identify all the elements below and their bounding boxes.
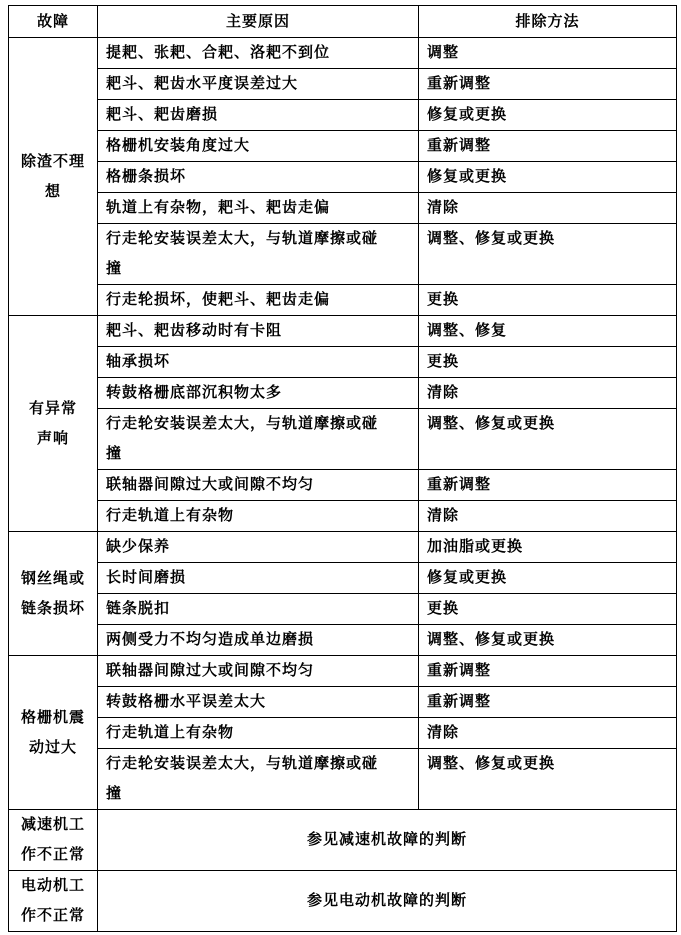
- cause-cell: 耙斗、耙齿移动时有卡阻: [98, 316, 419, 347]
- method-cell: 调整、修复或更换: [419, 224, 677, 285]
- table-row: 行走轮安装误差太大，与轨道摩擦或碰 撞调整、修复或更换: [9, 409, 677, 470]
- cause-cell: 轴承损坏: [98, 347, 419, 378]
- table-row: 行走轨道上有杂物清除: [9, 718, 677, 749]
- method-cell: 重新调整: [419, 656, 677, 687]
- cause-cell: 轨道上有杂物，耙斗、耙齿走偏: [98, 193, 419, 224]
- cause-cell: 长时间磨损: [98, 563, 419, 594]
- cause-cell: 联轴器间隙过大或间隙不均匀: [98, 656, 419, 687]
- method-cell: 更换: [419, 594, 677, 625]
- fault-table: 故障 主要原因 排除方法 除渣不理 想提耙、张耙、合耙、洛耙不到位调整耙斗、耙齿…: [8, 5, 677, 932]
- fault-cell: 除渣不理 想: [9, 38, 98, 316]
- cause-cell: 行走轮安装误差太大，与轨道摩擦或碰 撞: [98, 749, 419, 810]
- table-row: 转鼓格栅底部沉积物太多清除: [9, 378, 677, 409]
- method-cell: 加油脂或更换: [419, 532, 677, 563]
- table-row: 耙斗、耙齿磨损修复或更换: [9, 100, 677, 131]
- method-cell: 调整、修复或更换: [419, 625, 677, 656]
- fault-cell: 钢丝绳或 链条损坏: [9, 532, 98, 656]
- cause-cell: 缺少保养: [98, 532, 419, 563]
- cause-cell: 提耙、张耙、合耙、洛耙不到位: [98, 38, 419, 69]
- method-cell: 清除: [419, 718, 677, 749]
- method-cell: 清除: [419, 193, 677, 224]
- cause-cell: 两侧受力不均匀造成单边磨损: [98, 625, 419, 656]
- method-cell: 修复或更换: [419, 563, 677, 594]
- table-row: 行走轮损坏，使耙斗、耙齿走偏更换: [9, 285, 677, 316]
- table-row: 轨道上有杂物，耙斗、耙齿走偏清除: [9, 193, 677, 224]
- method-cell: 重新调整: [419, 69, 677, 100]
- cause-cell: 行走轨道上有杂物: [98, 718, 419, 749]
- table-row: 两侧受力不均匀造成单边磨损调整、修复或更换: [9, 625, 677, 656]
- header-fault: 故障: [9, 6, 98, 38]
- fault-cell: 格栅机震 动过大: [9, 656, 98, 810]
- method-cell: 重新调整: [419, 470, 677, 501]
- header-cause: 主要原因: [98, 6, 419, 38]
- table-row: 耙斗、耙齿水平度误差过大重新调整: [9, 69, 677, 100]
- method-cell: 调整、修复或更换: [419, 749, 677, 810]
- cause-cell: 链条脱扣: [98, 594, 419, 625]
- table-row: 减速机工 作不正常参见减速机故障的判断: [9, 810, 677, 871]
- table-row: 钢丝绳或 链条损坏缺少保养加油脂或更换: [9, 532, 677, 563]
- cause-cell: 行走轮损坏，使耙斗、耙齿走偏: [98, 285, 419, 316]
- table-row: 转鼓格栅水平误差太大重新调整: [9, 687, 677, 718]
- cause-cell: 格栅机安装角度过大: [98, 131, 419, 162]
- cause-cell: 转鼓格栅底部沉积物太多: [98, 378, 419, 409]
- cause-cell: 转鼓格栅水平误差太大: [98, 687, 419, 718]
- table-row: 链条脱扣更换: [9, 594, 677, 625]
- method-cell: 修复或更换: [419, 162, 677, 193]
- table-row: 行走轮安装误差太大，与轨道摩擦或碰 撞调整、修复或更换: [9, 749, 677, 810]
- note-cell: 参见减速机故障的判断: [98, 810, 677, 871]
- note-cell: 参见电动机故障的判断: [98, 871, 677, 932]
- header-row: 故障 主要原因 排除方法: [9, 6, 677, 38]
- method-cell: 调整: [419, 38, 677, 69]
- method-cell: 重新调整: [419, 131, 677, 162]
- table-row: 格栅条损坏修复或更换: [9, 162, 677, 193]
- cause-cell: 行走轮安装误差太大，与轨道摩擦或碰 撞: [98, 409, 419, 470]
- cause-cell: 联轴器间隙过大或间隙不均匀: [98, 470, 419, 501]
- cause-cell: 行走轮安装误差太大，与轨道摩擦或碰 撞: [98, 224, 419, 285]
- table-row: 格栅机震 动过大联轴器间隙过大或间隙不均匀重新调整: [9, 656, 677, 687]
- fault-cell: 减速机工 作不正常: [9, 810, 98, 871]
- fault-cell: 电动机工 作不正常: [9, 871, 98, 932]
- table-row: 电动机工 作不正常参见电动机故障的判断: [9, 871, 677, 932]
- table-row: 联轴器间隙过大或间隙不均匀重新调整: [9, 470, 677, 501]
- cause-cell: 耙斗、耙齿磨损: [98, 100, 419, 131]
- method-cell: 更换: [419, 285, 677, 316]
- method-cell: 重新调整: [419, 687, 677, 718]
- method-cell: 清除: [419, 378, 677, 409]
- method-cell: 修复或更换: [419, 100, 677, 131]
- header-method: 排除方法: [419, 6, 677, 38]
- table-row: 轴承损坏更换: [9, 347, 677, 378]
- method-cell: 更换: [419, 347, 677, 378]
- cause-cell: 格栅条损坏: [98, 162, 419, 193]
- fault-cell: 有异常 声响: [9, 316, 98, 532]
- table-row: 有异常 声响耙斗、耙齿移动时有卡阻调整、修复: [9, 316, 677, 347]
- method-cell: 清除: [419, 501, 677, 532]
- cause-cell: 行走轨道上有杂物: [98, 501, 419, 532]
- table-row: 行走轨道上有杂物清除: [9, 501, 677, 532]
- table-row: 长时间磨损修复或更换: [9, 563, 677, 594]
- table-row: 行走轮安装误差太大，与轨道摩擦或碰 撞调整、修复或更换: [9, 224, 677, 285]
- method-cell: 调整、修复: [419, 316, 677, 347]
- method-cell: 调整、修复或更换: [419, 409, 677, 470]
- document-page: 故障 主要原因 排除方法 除渣不理 想提耙、张耙、合耙、洛耙不到位调整耙斗、耙齿…: [0, 0, 681, 935]
- table-row: 格栅机安装角度过大重新调整: [9, 131, 677, 162]
- table-row: 除渣不理 想提耙、张耙、合耙、洛耙不到位调整: [9, 38, 677, 69]
- cause-cell: 耙斗、耙齿水平度误差过大: [98, 69, 419, 100]
